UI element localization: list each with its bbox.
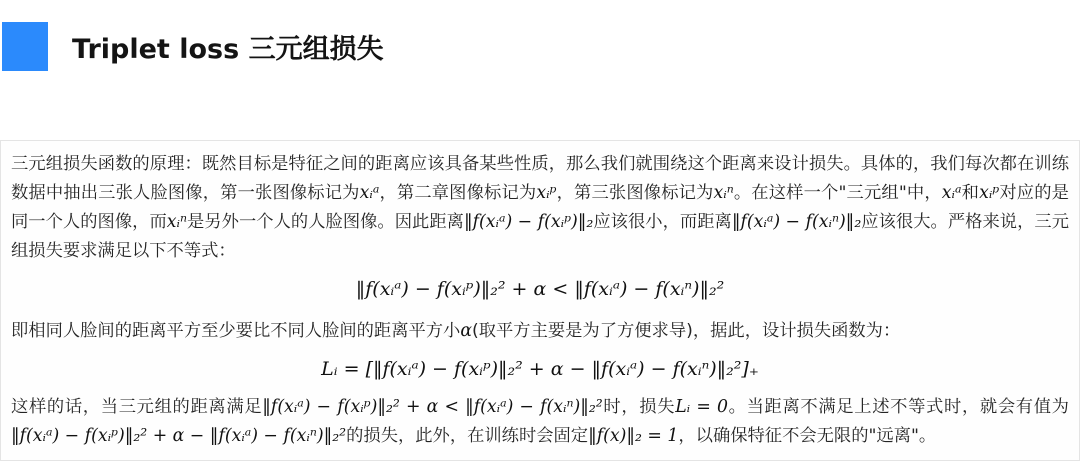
inline-math: α	[460, 321, 472, 341]
inline-math: Lᵢ = 0	[675, 397, 728, 417]
inline-math: ‖f(xᵢᵃ) − f(xᵢᵖ)‖₂² + α − ‖f(xᵢᵃ) − f(xᵢ…	[11, 426, 346, 446]
text-run: (取平方主要是为了方便求导)，据此，设计损失函数为：	[472, 321, 900, 341]
formula-loss-function: Lᵢ = [‖f(xᵢᵃ) − f(xᵢᵖ)‖₂² + α − ‖f(xᵢᵃ) …	[11, 355, 1069, 384]
page-title: Triplet loss 三元组损失	[72, 27, 384, 66]
paragraph-margin-explanation: 即相同人脸间的距离平方至少要比不同人脸间的距离平方小α(取平方主要是为了方便求导…	[11, 317, 1069, 346]
text-run: 的损失，此外，在训练时会固定	[346, 426, 588, 446]
inline-math: ‖f(xᵢᵃ) − f(xᵢᵖ)‖₂	[464, 212, 593, 232]
inline-math: xᵢᵃ	[360, 183, 380, 203]
text-run: 。当距离不满足上述不等式时，就会有值为	[728, 397, 1069, 417]
accent-square	[2, 22, 48, 71]
inline-math: xᵢᵖ	[536, 183, 556, 203]
inline-math: ‖f(xᵢᵃ) − f(xᵢⁿ)‖₂	[732, 212, 861, 232]
inline-math: xᵢⁿ	[167, 212, 187, 232]
slide-header: Triplet loss 三元组损失	[2, 22, 384, 71]
formula-triplet-inequality: ‖f(xᵢᵃ) − f(xᵢᵖ)‖₂² + α < ‖f(xᵢᵃ) − f(xᵢ…	[11, 275, 1069, 304]
inline-math: xᵢᵖ	[979, 183, 999, 203]
text-run: 这样的话，当三元组的距离满足	[11, 397, 262, 417]
text-run: 应该很小，而距离	[593, 212, 732, 232]
text-run: 是另外一个人的人脸图像。因此距离	[187, 212, 464, 232]
inline-math: ‖f(xᵢᵃ) − f(xᵢᵖ)‖₂² + α < ‖f(xᵢᵃ) − f(xᵢ…	[262, 397, 602, 417]
text-run: 和	[962, 183, 980, 203]
inline-math: xᵢᵃ	[942, 183, 962, 203]
loss-formula-text: Lᵢ = [‖f(xᵢᵃ) − f(xᵢᵖ)‖₂² + α − ‖f(xᵢᵃ) …	[321, 358, 759, 380]
inline-math: xᵢⁿ	[713, 183, 733, 203]
paragraph-loss-behavior: 这样的话，当三元组的距离满足‖f(xᵢᵃ) − f(xᵢᵖ)‖₂² + α < …	[11, 393, 1069, 451]
text-run: ，第二章图像标记为	[379, 183, 536, 203]
text-run: 时，损失	[603, 397, 675, 417]
paragraph-triplet-principle: 三元组损失函数的原理：既然目标是特征之间的距离应该具备某些性质，那么我们就围绕这…	[11, 150, 1069, 266]
text-run: 即相同人脸间的距离平方至少要比不同人脸间的距离平方小	[11, 321, 460, 341]
text-run: ，第三张图像标记为	[556, 183, 713, 203]
slide-page: Triplet loss 三元组损失 三元组损失函数的原理：既然目标是特征之间的…	[0, 0, 1080, 471]
inequality-formula-text: ‖f(xᵢᵃ) − f(xᵢᵖ)‖₂² + α < ‖f(xᵢᵃ) − f(xᵢ…	[356, 278, 724, 300]
text-run: ，以确保特征不会无限的"远离"。	[678, 426, 936, 446]
content-panel: 三元组损失函数的原理：既然目标是特征之间的距离应该具备某些性质，那么我们就围绕这…	[0, 140, 1080, 461]
inline-math: ‖f(x)‖₂ = 1	[588, 426, 678, 446]
text-run: 。在这样一个"三元组"中，	[734, 183, 942, 203]
